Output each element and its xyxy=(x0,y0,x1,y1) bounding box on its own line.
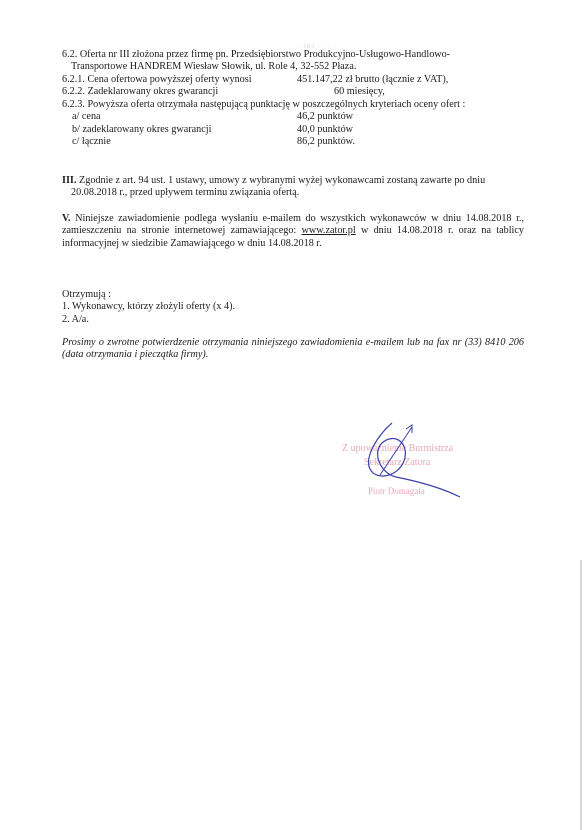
recipients-heading: Otrzymują : xyxy=(62,289,524,301)
offer-intro-line1: 6.2. Oferta nr III złożona przez firmę p… xyxy=(62,49,524,61)
warranty-label: 6.2.2. Zadeklarowany okres gwarancji xyxy=(62,86,218,98)
section-iii-marker: III. xyxy=(62,175,76,186)
recipient-item: 1. Wykonawcy, którzy złożyli oferty (x 4… xyxy=(62,301,524,313)
score-value: 40,0 punktów xyxy=(297,124,353,136)
offer-details: 6.2.1. Cena ofertowa powyższej oferty wy… xyxy=(62,74,524,148)
section-iii: III. Zgodnie z art. 94 ust. 1 ustawy, um… xyxy=(62,175,524,200)
price-value: 451.147,22 zł brutto (łącznie z VAT), xyxy=(297,74,448,86)
score-label: c/ łącznie xyxy=(72,136,111,148)
confirmation-request: Prosimy o zwrotne potwierdzenie otrzyman… xyxy=(62,337,524,362)
section-v: V. Niniejsze zawiadomienie podlega wysła… xyxy=(62,213,524,250)
scoring-intro: 6.2.3. Powyższa oferta otrzymała następu… xyxy=(62,99,524,111)
score-value: 46,2 punktów xyxy=(297,111,353,123)
section-v-marker: V. xyxy=(62,213,71,224)
page-edge-divider xyxy=(580,560,582,830)
website-link[interactable]: www.zator.pl xyxy=(302,225,356,236)
score-row: b/ zadeklarowany okres gwarancji 40,0 pu… xyxy=(62,124,524,136)
warranty-value: 60 miesięcy, xyxy=(334,86,385,98)
score-row: a/ cena 46,2 punktów xyxy=(62,111,524,123)
signature-stamp: Z upoważnienia Burmistrza Sekretarz Zato… xyxy=(320,405,480,505)
offer-intro-line2: Transportowe HANDREM Wiesław Słowik, ul.… xyxy=(62,61,524,73)
warranty-row: 6.2.2. Zadeklarowany okres gwarancji 60 … xyxy=(62,86,524,98)
document-page: · · 183 · · · · 6.2. Oferta nr III złożo… xyxy=(0,0,587,830)
score-value: 86,2 punktów. xyxy=(297,136,355,148)
section-iii-text: Zgodnie z art. 94 ust. 1 ustawy, umowy z… xyxy=(76,175,485,186)
score-row: c/ łącznie 86,2 punktów. xyxy=(62,136,524,148)
score-label: a/ cena xyxy=(72,111,101,123)
price-row: 6.2.1. Cena ofertowa powyższej oferty wy… xyxy=(62,74,524,86)
section-iii-text-cont: 20.08.2018 r., przed upływem terminu zwi… xyxy=(62,187,524,199)
offer-intro: 6.2. Oferta nr III złożona przez firmę p… xyxy=(62,49,524,74)
signature-icon xyxy=(320,405,480,505)
price-label: 6.2.1. Cena ofertowa powyższej oferty wy… xyxy=(62,74,252,86)
recipients: Otrzymują : 1. Wykonawcy, którzy złożyli… xyxy=(62,289,524,326)
recipient-item: 2. A/a. xyxy=(62,314,524,326)
score-label: b/ zadeklarowany okres gwarancji xyxy=(72,124,211,136)
